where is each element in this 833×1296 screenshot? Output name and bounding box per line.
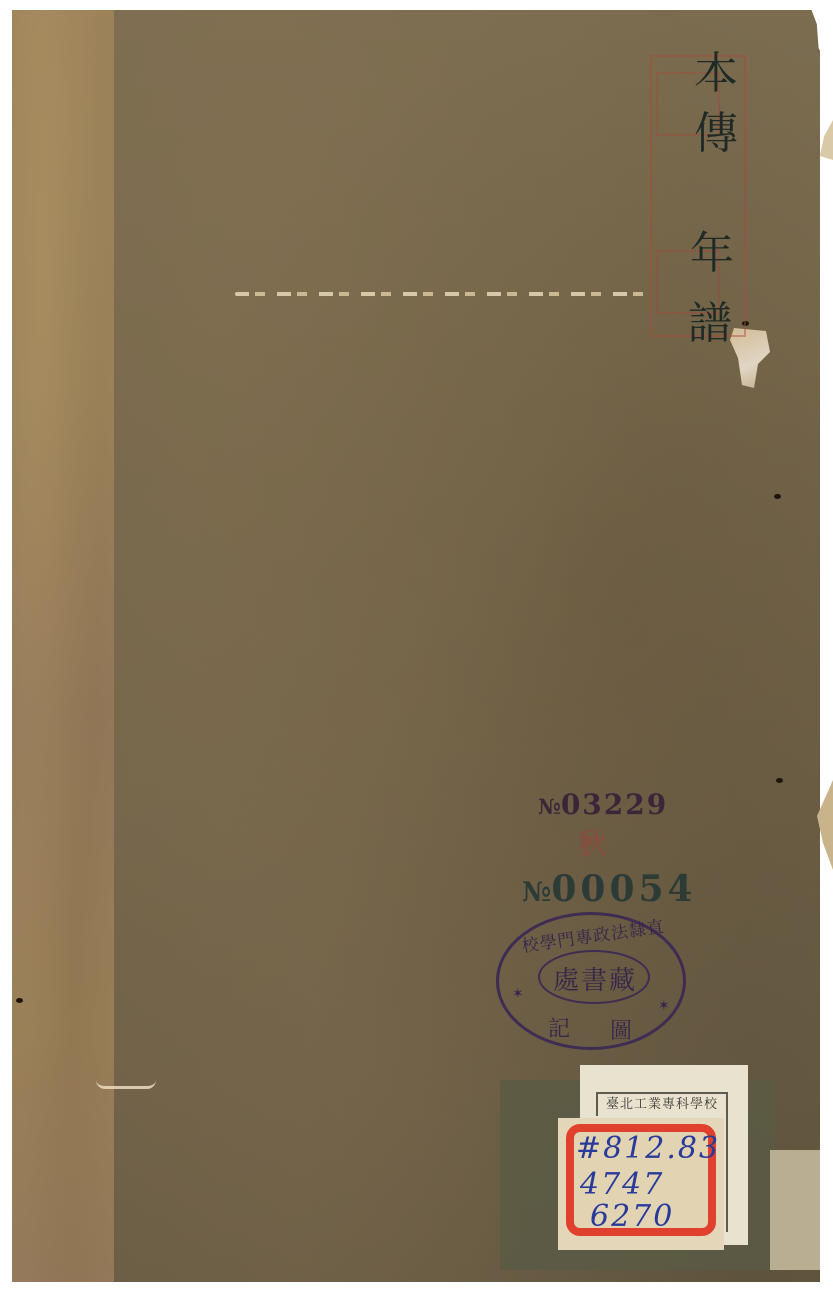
season-mark-stamp: 秋: [578, 822, 608, 862]
seal-bottom-right-char: 圖: [610, 1014, 632, 1045]
accession-number-stamp: №03229: [538, 788, 668, 821]
call-number-line: #812.83: [576, 1134, 720, 1164]
accession-number: 03229: [561, 788, 668, 821]
binding-hole: [16, 998, 23, 1003]
binding-hole: [774, 494, 781, 499]
paper-crease-lower: [96, 1080, 156, 1089]
book-spine-strip: [12, 10, 115, 1282]
catalog-number-stamp: №00054: [522, 868, 697, 910]
star-icon: ✶: [658, 998, 670, 1014]
school-name-header: 臺北工業專科學校: [596, 1092, 728, 1116]
paper-crease: [235, 292, 655, 296]
title-character: 傳: [694, 112, 738, 156]
title-character: 本: [694, 52, 738, 96]
call-number-line: 6270: [590, 1202, 674, 1232]
title-character: 年: [690, 232, 734, 276]
seal-center-text: 處書藏: [540, 960, 650, 997]
star-icon: ✶: [512, 986, 524, 1002]
school-label-border: [726, 1092, 728, 1232]
call-number-line: 4747: [580, 1170, 664, 1200]
seal-bottom-left-char: 記: [548, 1012, 570, 1043]
title-character: 譜: [688, 302, 732, 346]
catalog-number: 00054: [551, 868, 696, 910]
number-prefix: №: [522, 877, 551, 908]
binding-hole: [776, 778, 783, 783]
label-backing-strip: [770, 1150, 820, 1270]
number-prefix: №: [538, 794, 561, 819]
